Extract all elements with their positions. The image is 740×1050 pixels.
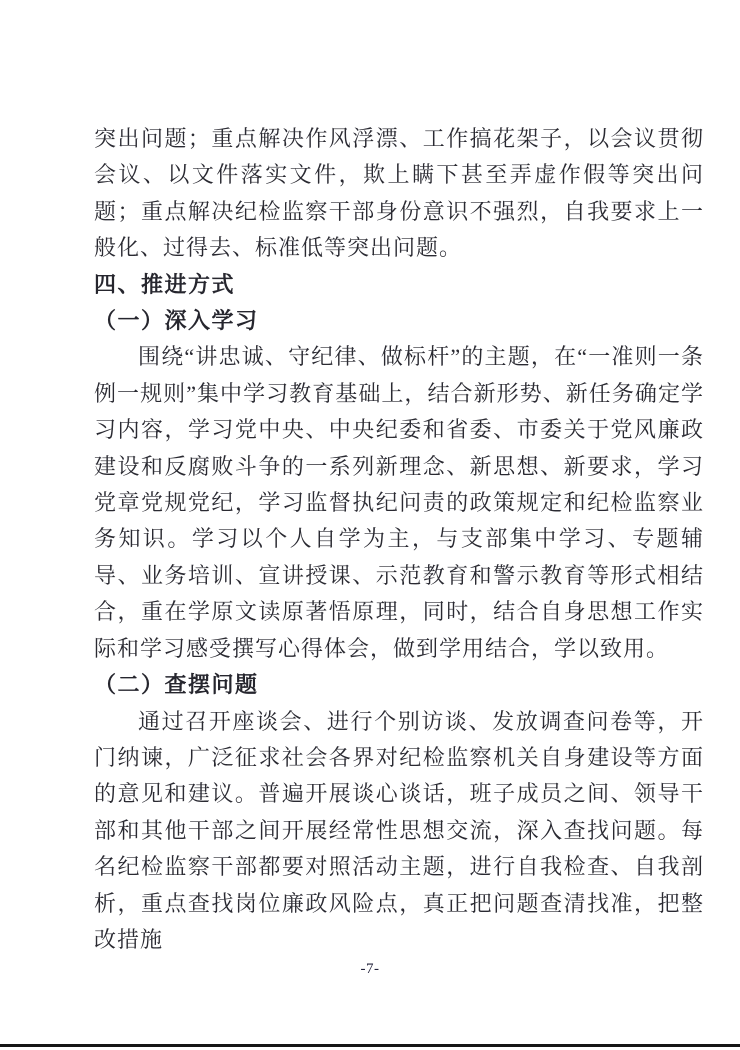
document-page: 突出问题；重点解决作风浮漂、工作搞花架子，以会议贯彻会议、以文件落实文件，欺上瞒… (0, 0, 740, 1050)
section-heading-4: 四、推进方式 (94, 267, 704, 303)
paragraph-continuation: 突出问题；重点解决作风浮漂、工作搞花架子，以会议贯彻会议、以文件落实文件，欺上瞒… (94, 121, 704, 267)
scan-bottom-edge-line (0, 1044, 740, 1047)
paragraph-deep-study: 围绕“讲忠诚、守纪律、做标杆”的主题，在“一准则一条例一规则”集中学习教育基础上… (94, 339, 704, 667)
sub-heading-2-examine-problems: （二）查摆问题 (94, 667, 704, 703)
page-number: -7- (0, 961, 740, 978)
paragraph-examine-problems: 通过召开座谈会、进行个别访谈、发放调查问卷等，开门纳谏，广泛征求社会各界对纪检监… (94, 704, 704, 959)
document-body: 突出问题；重点解决作风浮漂、工作搞花架子，以会议贯彻会议、以文件落实文件，欺上瞒… (94, 121, 704, 958)
sub-heading-1-deep-study: （一）深入学习 (94, 303, 704, 339)
